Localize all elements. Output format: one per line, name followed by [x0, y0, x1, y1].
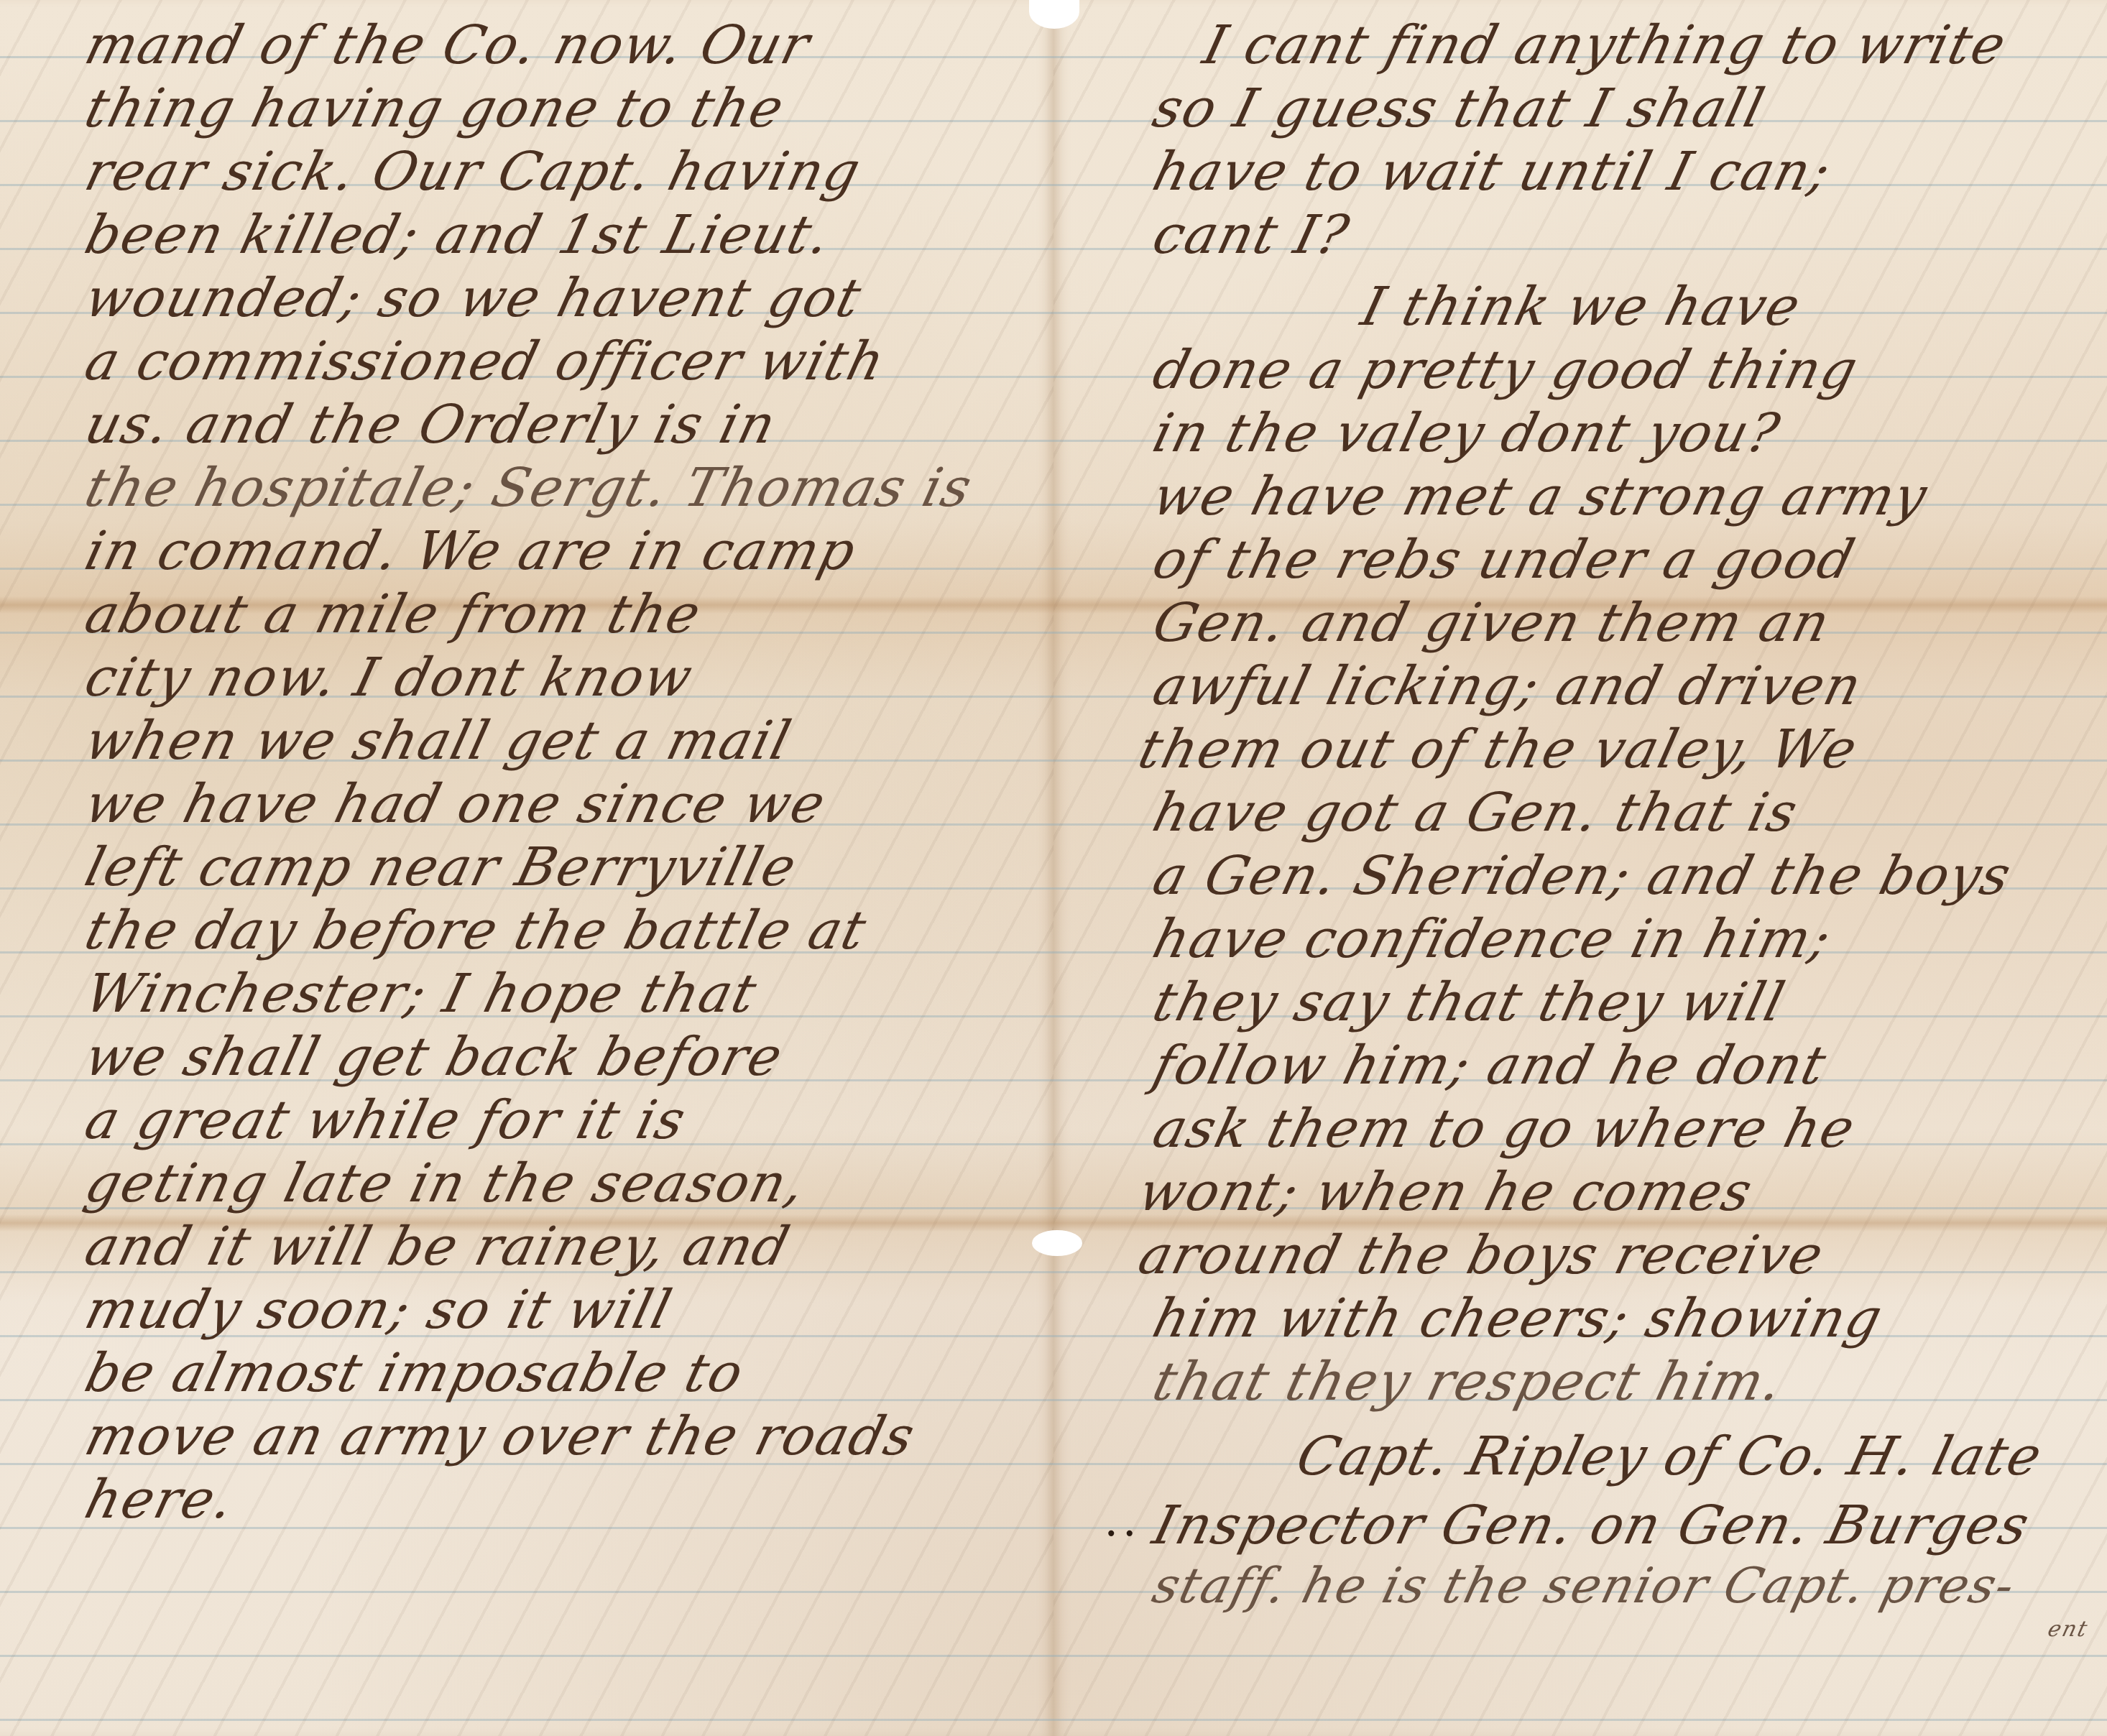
text-line: wounded; so we havent got [79, 267, 868, 329]
text-line: they say that they will [1147, 971, 1792, 1033]
text-line: geting late in the season, [79, 1153, 813, 1214]
text-line: staff. he is the senior Capt. pres- [1147, 1558, 2021, 1615]
text-line: us. and the Orderly is in [79, 394, 783, 456]
text-line: the day before the battle at [79, 900, 873, 961]
text-line: a commissioned officer with [79, 331, 892, 392]
text-line-continuation: ent [2045, 1617, 2091, 1642]
text-line: have got a Gen. that is [1147, 782, 1804, 844]
text-line: when we shall get a mail [79, 710, 798, 772]
text-line: we shall get back before [79, 1026, 790, 1088]
right-page: I cant find anything to write so I guess… [1053, 0, 2107, 1736]
text-line: be almost imposable to [79, 1342, 750, 1404]
text-line: about a mile from the [79, 583, 708, 645]
text-line: mand of the Co. now. Our [79, 14, 817, 76]
text-line: him with cheers; showing [1147, 1288, 1889, 1349]
text-line: Winchester; I hope that [79, 963, 764, 1025]
text-line: ask them to go where he [1147, 1098, 1862, 1160]
text-line: Gen. and given them an [1147, 592, 1837, 654]
text-line: of the rebs under a good [1147, 529, 1862, 591]
text-line: thing having gone to the [79, 78, 791, 139]
text-line: Capt. Ripley of Co. H. late [1291, 1426, 2049, 1487]
text-line: I cant find anything to write [1197, 14, 2013, 76]
paper-notch-fold [1032, 1230, 1082, 1256]
text-line: the hospitale; Sergt. Thomas is [79, 457, 979, 519]
text-line: I think we have [1355, 276, 1807, 338]
ink-dots: • • [1105, 1522, 1135, 1546]
text-line: a great while for it is [79, 1089, 693, 1151]
text-line: been killed; and 1st Lieut. [79, 204, 838, 266]
text-line: follow him; and he dont [1147, 1035, 1833, 1096]
text-line: Inspector Gen. on Gen. Burges [1147, 1495, 2037, 1556]
text-line: city now. I dont know [79, 647, 699, 708]
text-line: we have met a strong army [1147, 466, 1935, 527]
text-line: rear sick. Our Capt. having [79, 141, 867, 203]
text-line: mudy soon; so it will [79, 1279, 678, 1341]
text-line: them out of the valey, We [1133, 719, 1864, 780]
text-line: a Gen. Sheriden; and the boys [1147, 845, 2018, 907]
text-line: done a pretty good thing [1147, 339, 1865, 401]
text-line: and it will be rainey, and [79, 1216, 796, 1278]
text-line: we have had one since we [79, 773, 832, 835]
text-line: that they respect him. [1147, 1351, 1790, 1413]
text-line: in the valey dont you? [1147, 402, 1786, 464]
text-line: in comand. We are in camp [79, 520, 863, 582]
text-line: have confidence in him; [1147, 908, 1838, 970]
text-line: wont; when he comes [1133, 1161, 1759, 1223]
text-line: cant I? [1147, 204, 1356, 266]
text-line: around the boys receive [1133, 1224, 1830, 1286]
text-line: here. [79, 1469, 241, 1530]
text-line: so I guess that I shall [1147, 78, 1771, 139]
text-line: move an army over the roads [79, 1405, 922, 1467]
left-page: mand of the Co. now. Our thing having go… [0, 0, 1053, 1736]
scanned-letter: mand of the Co. now. Our thing having go… [0, 0, 2107, 1736]
text-line: awful licking; and driven [1147, 655, 1868, 717]
text-line: have to wait until I can; [1147, 141, 1838, 203]
text-line: left camp near Berryville [79, 836, 803, 898]
